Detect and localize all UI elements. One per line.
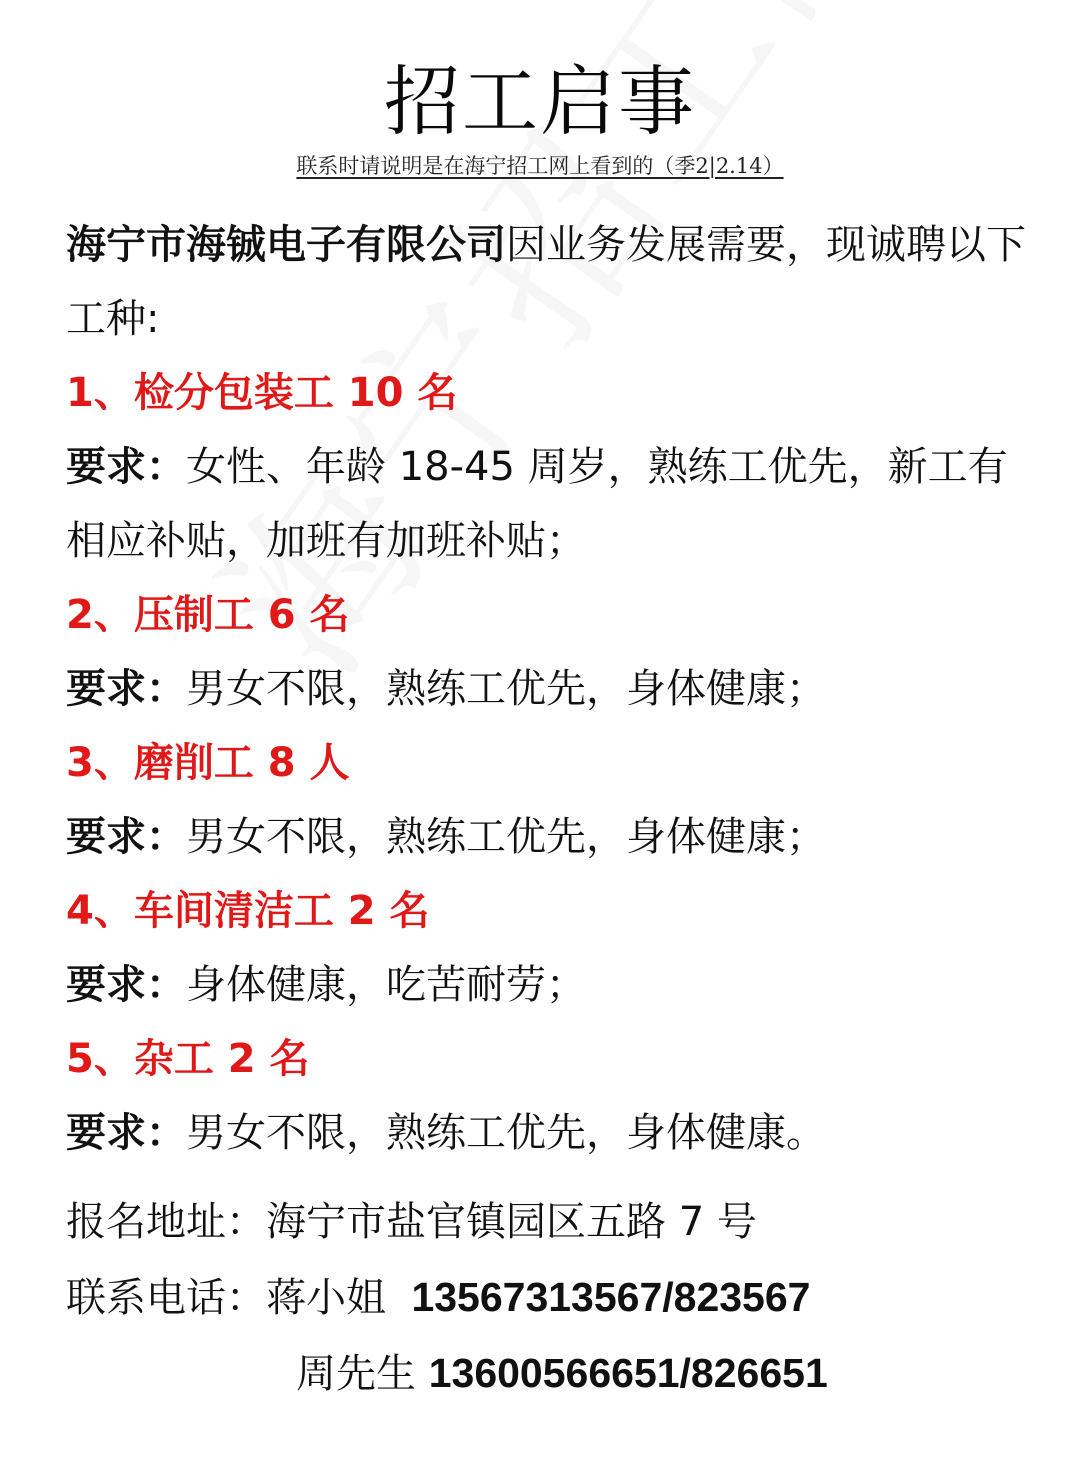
job-requirement: 要求：男女不限，熟练工优先，身体健康；	[66, 800, 1026, 874]
contact-name: 蒋小姐	[266, 1275, 386, 1321]
job-item: 4、车间清洁工 2 名 要求：身体健康，吃苦耐劳；	[66, 874, 1026, 1022]
job-title: 5、杂工 2 名	[66, 1022, 1026, 1096]
requirement-text: 男女不限，熟练工优先，身体健康；	[186, 666, 826, 712]
phone-row: 联系电话：蒋小姐 13567313567/823567	[66, 1260, 828, 1336]
intro-paragraph: 海宁市海铖电子有限公司因业务发展需要，现诚聘以下工种:	[66, 208, 1026, 356]
requirement-text: 女性、年龄 18-45 周岁，熟练工优先，新工有相应补贴，加班有加班补贴；	[66, 444, 1008, 564]
company-name: 海宁市海铖电子有限公司	[66, 222, 506, 268]
job-requirement: 要求：身体健康，吃苦耐劳；	[66, 948, 1026, 1022]
job-requirement: 要求：男女不限，熟练工优先，身体健康。	[66, 1096, 1026, 1170]
page-title: 招工启事	[0, 52, 1080, 152]
job-requirement: 要求：男女不限，熟练工优先，身体健康；	[66, 652, 1026, 726]
job-title: 2、压制工 6 名	[66, 578, 1026, 652]
requirement-text: 男女不限，熟练工优先，身体健康；	[186, 814, 826, 860]
subtitle-note: 联系时请说明是在海宁招工网上看到的（季2|2.14）	[0, 150, 1080, 182]
job-item: 5、杂工 2 名 要求：男女不限，熟练工优先，身体健康。	[66, 1022, 1026, 1170]
requirement-label: 要求：	[66, 814, 186, 860]
contact-phone[interactable]: 13600566651/826651	[429, 1350, 828, 1396]
phone-row: 周先生 13600566651/826651	[66, 1336, 828, 1412]
job-item: 1、检分包装工 10 名 要求：女性、年龄 18-45 周岁，熟练工优先，新工有…	[66, 356, 1026, 578]
address-label: 报名地址：	[66, 1199, 266, 1245]
requirement-text: 男女不限，熟练工优先，身体健康。	[186, 1110, 826, 1156]
subtitle-text: 联系时请说明是在海宁招工网上看到的（季2|2.14）	[296, 154, 783, 178]
contact-name: 周先生	[296, 1351, 416, 1397]
job-title: 4、车间清洁工 2 名	[66, 874, 1026, 948]
job-listing-body: 海宁市海铖电子有限公司因业务发展需要，现诚聘以下工种: 1、检分包装工 10 名…	[66, 208, 1026, 1170]
requirement-label: 要求：	[66, 444, 186, 490]
requirement-text: 身体健康，吃苦耐劳；	[186, 962, 586, 1008]
address-value: 海宁市盐官镇园区五路 7 号	[266, 1199, 757, 1245]
job-requirement: 要求：女性、年龄 18-45 周岁，熟练工优先，新工有相应补贴，加班有加班补贴；	[66, 430, 1026, 578]
job-title: 3、磨削工 8 人	[66, 726, 1026, 800]
contact-section: 报名地址：海宁市盐官镇园区五路 7 号 联系电话：蒋小姐 13567313567…	[66, 1185, 828, 1412]
job-item: 3、磨削工 8 人 要求：男女不限，熟练工优先，身体健康；	[66, 726, 1026, 874]
job-item: 2、压制工 6 名 要求：男女不限，熟练工优先，身体健康；	[66, 578, 1026, 726]
requirement-label: 要求：	[66, 666, 186, 712]
job-title: 1、检分包装工 10 名	[66, 356, 1026, 430]
requirement-label: 要求：	[66, 1110, 186, 1156]
contact-phone[interactable]: 13567313567/823567	[411, 1274, 810, 1320]
phone-label: 联系电话：	[66, 1275, 266, 1321]
requirement-label: 要求：	[66, 962, 186, 1008]
address-row: 报名地址：海宁市盐官镇园区五路 7 号	[66, 1185, 828, 1260]
